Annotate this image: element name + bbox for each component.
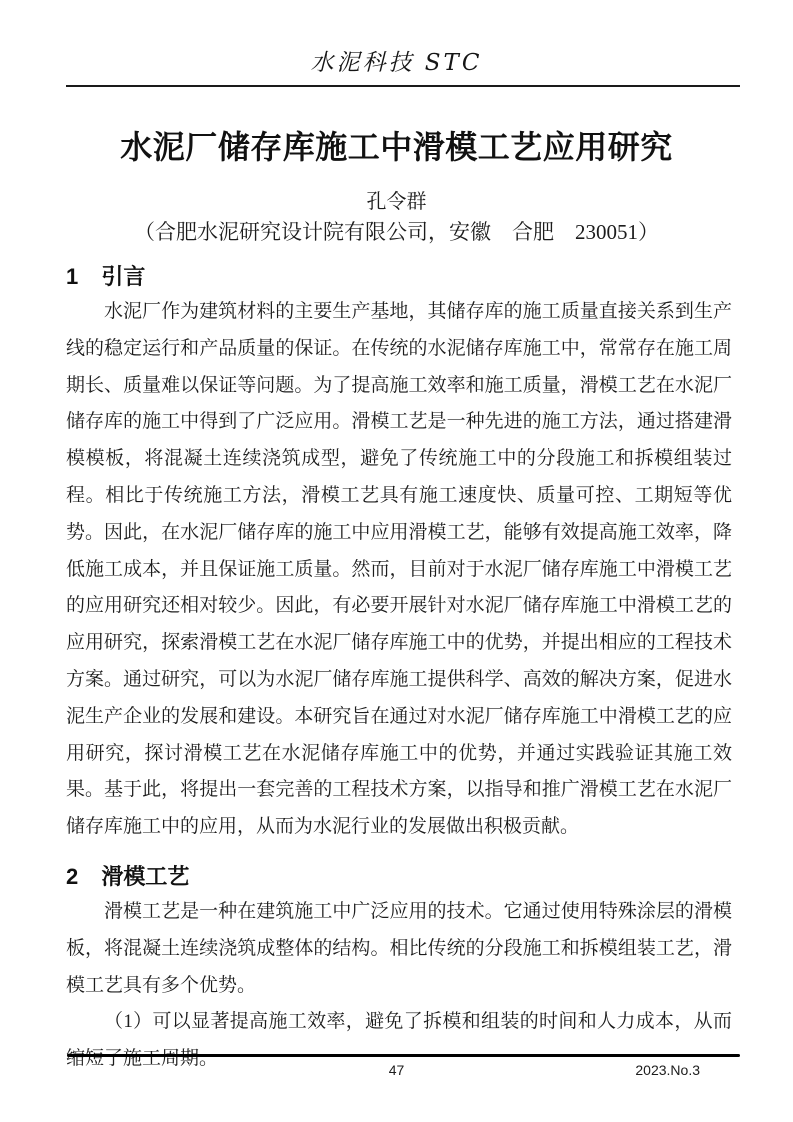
section-heading-introduction: 1 引言 xyxy=(66,263,731,291)
paragraph-introduction: 水泥厂作为建筑材料的主要生产基地，其储存库的施工质量直接关系到生产线的稳定运行和… xyxy=(66,294,732,846)
section-title: 引言 xyxy=(101,264,145,289)
author-affiliation: （合肥水泥研究设计院有限公司，安徽 合肥 230051） xyxy=(0,218,793,246)
header-rule xyxy=(66,85,740,87)
section-title: 滑模工艺 xyxy=(101,864,189,889)
footer-rule xyxy=(67,1054,740,1057)
issue-number: 2023.No.3 xyxy=(635,1060,700,1080)
document-page: 水泥科技 STC 水泥厂储存库施工中滑模工艺应用研究 孔令群 （合肥水泥研究设计… xyxy=(0,0,793,1122)
section-number: 2 xyxy=(66,863,78,891)
page-footer: 47 2023.No.3 xyxy=(0,1060,793,1080)
journal-name: 水泥科技 STC xyxy=(310,50,482,76)
journal-header: 水泥科技 STC xyxy=(0,0,793,76)
article-title: 水泥厂储存库施工中滑模工艺应用研究 xyxy=(0,127,793,167)
paragraph-slipform-overview: 滑模工艺是一种在建筑施工中广泛应用的技术。它通过使用特殊涂层的滑模板，将混凝土连… xyxy=(66,894,732,1004)
section-number: 1 xyxy=(66,263,78,291)
author-name: 孔令群 xyxy=(0,189,793,215)
section-heading-slipform: 2 滑模工艺 xyxy=(66,863,731,891)
